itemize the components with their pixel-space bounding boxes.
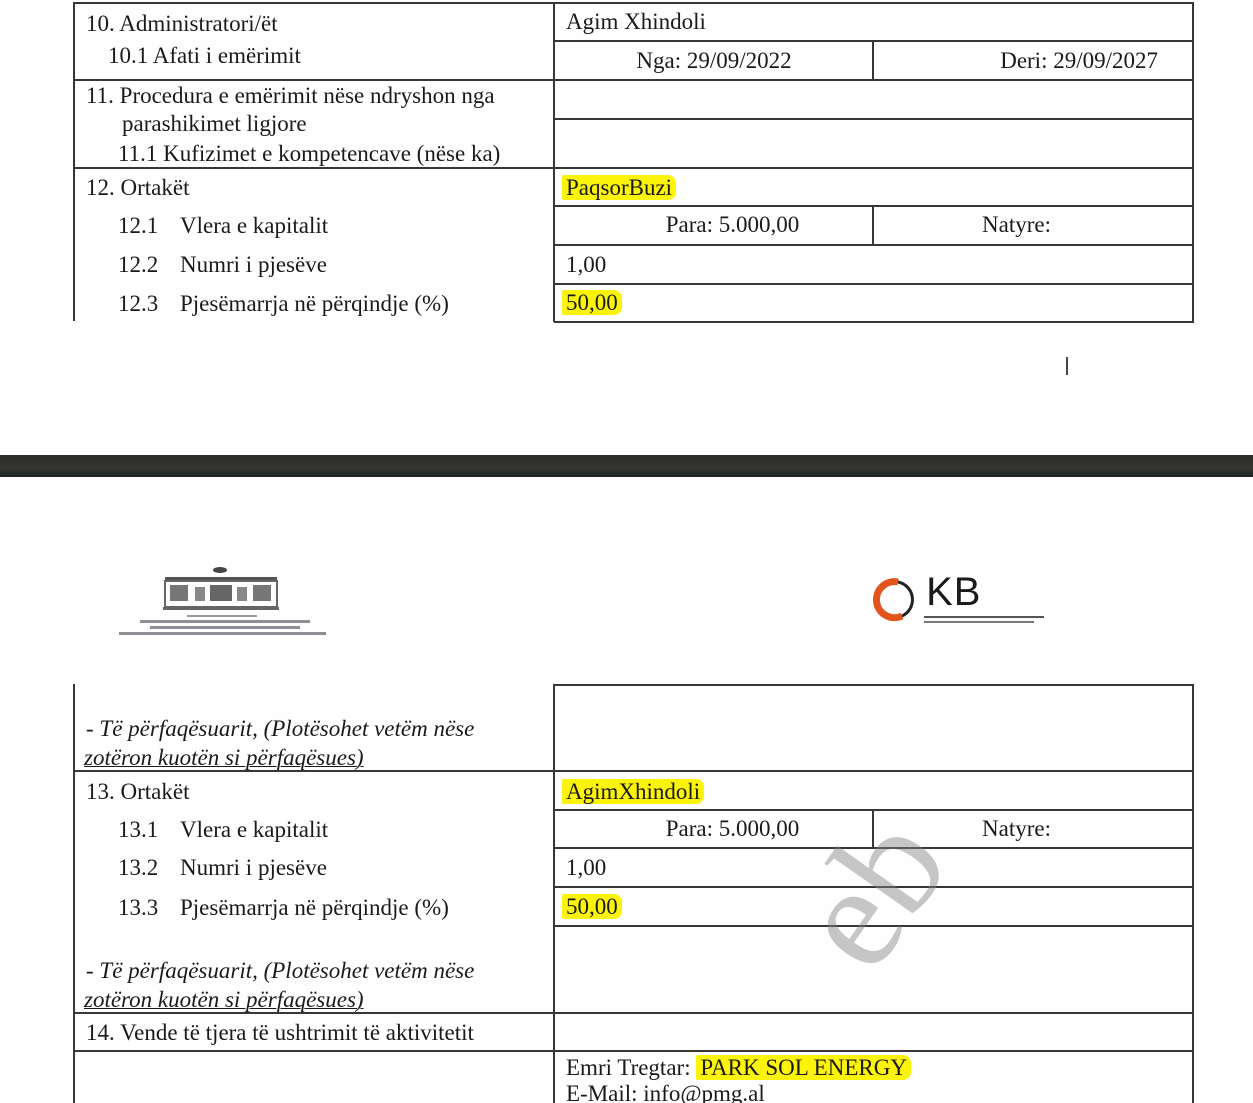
partner-name-highlight: PaqsorBuzi — [562, 175, 676, 200]
okb-wordmark: OOKBKB — [894, 570, 981, 615]
table-border — [73, 79, 1193, 81]
table-border — [1192, 684, 1194, 1103]
row-13-value: AgimXhindoli — [566, 779, 704, 805]
row-12-2-label: Numri i pjesëve — [180, 252, 327, 278]
row-10-label: 10. Administratori/ët — [86, 11, 278, 37]
table-border — [553, 684, 1193, 686]
representative-note-1-line2: zotëron kuotën si përfaqësues) — [84, 745, 364, 771]
row-13-2-num: 13.2 — [118, 855, 158, 881]
row-13-3-value: 50,00 — [566, 894, 622, 920]
row-12-1-label: Vlera e kapitalit — [180, 213, 328, 239]
row-12-1-num: 12.1 — [118, 213, 158, 239]
table-border — [73, 684, 75, 1103]
ministry-text-line — [150, 626, 300, 629]
row-13-1-kind: Natyre: — [874, 816, 1159, 842]
row-14-label: 14. Vende të tjera të ushtrimit të aktiv… — [86, 1020, 474, 1046]
okb-subtitle — [924, 621, 1034, 623]
percentage-highlight: 50,00 — [562, 894, 622, 919]
row-10-1-from: Nga: 29/09/2022 — [555, 48, 873, 74]
row-11-1-label: 11.1 Kufizimet e kompetencave (nëse ka) — [118, 141, 500, 167]
row-10-value: Agim Xhindoli — [566, 9, 706, 35]
table-border — [73, 2, 1193, 4]
page-separator — [0, 455, 1253, 477]
table-border — [554, 283, 1193, 285]
row-13-1-num: 13.1 — [118, 817, 158, 843]
row-12-2-num: 12.2 — [118, 252, 158, 278]
table-border — [73, 1050, 1193, 1052]
row-13-1-cash: Para: 5.000,00 — [555, 816, 910, 842]
trade-name-highlight: PARK SOL ENERGY — [696, 1055, 911, 1080]
representative-note-1-line1: - Të përfaqësuarit, (Plotësohet vetëm në… — [86, 716, 474, 742]
partner-name-highlight: AgimXhindoli — [562, 779, 704, 804]
okb-logo: OOKBKB — [868, 576, 1048, 626]
row-10-1-label: 10.1 Afati i emërimit — [108, 43, 301, 69]
row-12-2-value: 1,00 — [566, 252, 606, 278]
row-13-2-value: 1,00 — [566, 855, 606, 881]
table-border — [553, 684, 555, 1103]
trade-name-label: Emri Tregtar: — [566, 1055, 696, 1080]
table-border — [554, 118, 1193, 120]
row-15-email: E-Mail: info@pmg.al — [566, 1081, 765, 1103]
representative-note-2-line1: - Të përfaqësuarit, (Plotësohet vetëm në… — [86, 958, 474, 984]
row-12-1-cash: Para: 5.000,00 — [555, 212, 910, 238]
row-10-1-to: Deri: 29/09/2027 — [874, 48, 1158, 74]
ministry-logo — [115, 565, 330, 640]
row-12-3-label: Pjesëmarrja në përqindje (%) — [180, 291, 449, 317]
row-13-2-label: Numri i pjesëve — [180, 855, 327, 881]
page-number-mark — [1066, 357, 1068, 375]
row-12-label: 12. Ortakët — [86, 175, 189, 201]
table-border — [73, 2, 75, 321]
table-border — [554, 925, 1193, 927]
representative-note-2-line2: zotëron kuotën si përfaqësues) — [84, 987, 364, 1013]
row-13-3-label: Pjesëmarrja në përqindje (%) — [180, 895, 449, 921]
okb-subtitle — [924, 616, 1044, 618]
table-border — [73, 167, 1193, 169]
row-12-1-kind: Natyre: — [874, 212, 1159, 238]
row-12-3-num: 12.3 — [118, 291, 158, 317]
ministry-text-line — [119, 632, 326, 635]
table-border — [554, 886, 1193, 888]
row-12-3-value: 50,00 — [566, 290, 622, 316]
row-11-label-line2: parashikimet ligjore — [122, 111, 307, 137]
row-13-3-num: 13.3 — [118, 895, 158, 921]
row-13-label: 13. Ortakët — [86, 779, 189, 805]
document-page-top: 10. Administratori/ët Agim Xhindoli 10.1… — [0, 0, 1253, 455]
row-12-value: PaqsorBuzi — [566, 175, 676, 201]
row-13-1-label: Vlera e kapitalit — [180, 817, 328, 843]
ministry-text-line — [140, 620, 310, 623]
row-15-trade-name: Emri Tregtar: PARK SOL ENERGY — [566, 1055, 911, 1081]
table-border — [1192, 2, 1194, 322]
percentage-highlight: 50,00 — [562, 290, 622, 315]
row-11-label-line1: 11. Procedura e emërimit nëse ndryshon n… — [86, 83, 495, 109]
table-border — [554, 321, 1194, 323]
